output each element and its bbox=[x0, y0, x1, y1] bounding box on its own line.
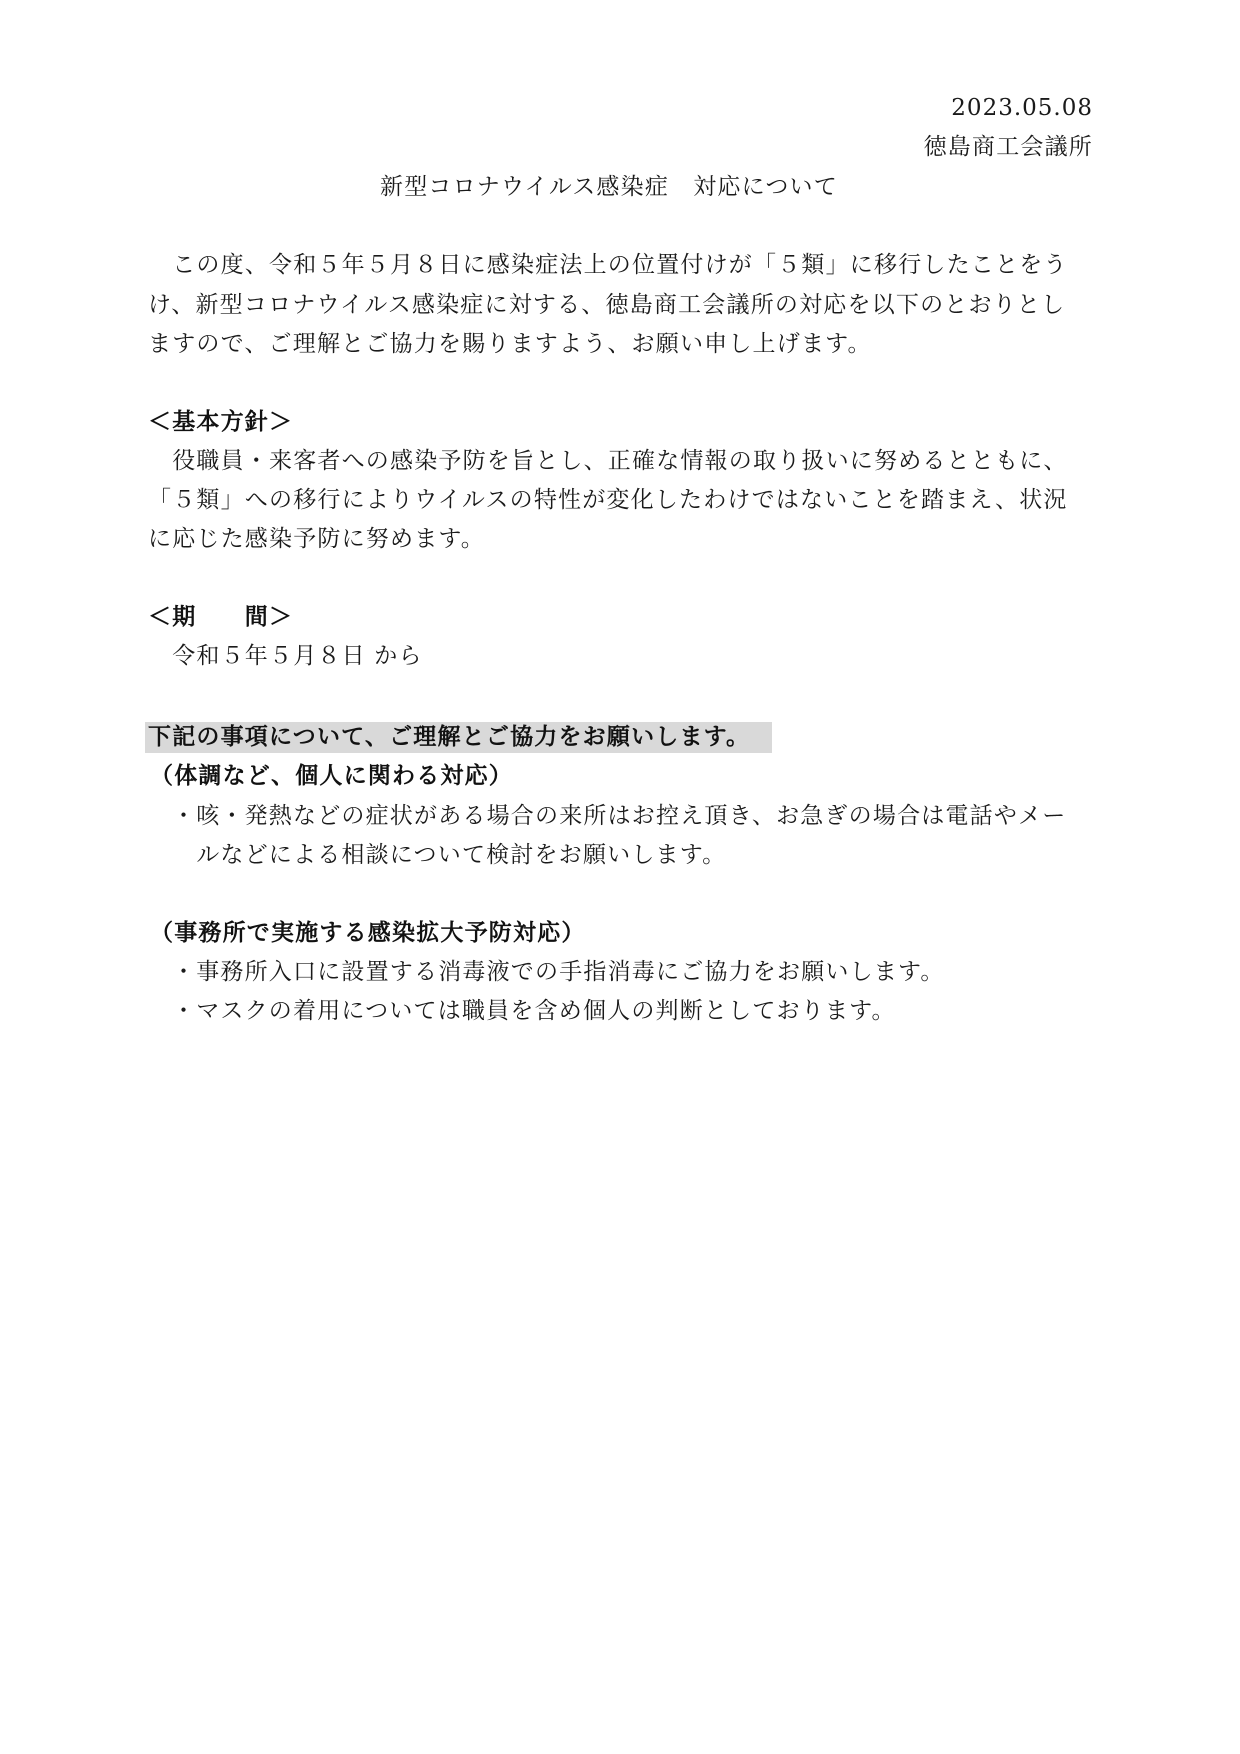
personal-response-heading: （体調など、個人に関わる対応） bbox=[150, 761, 513, 791]
document-title: 新型コロナウイルス感染症 対応について bbox=[380, 172, 838, 202]
basic-policy-line: 役職員・来客者への感染予防を旨とし、正確な情報の取り扱いに努めるとともに、 bbox=[148, 446, 1068, 476]
office-response-item: ・事務所入口に設置する消毒液での手指消毒にご協力をお願いします。 bbox=[172, 957, 945, 987]
period-value: 令和５年５月８日 から bbox=[148, 641, 423, 671]
intro-line: この度、令和５年５月８日に感染症法上の位置付けが「５類」に移行したことをう bbox=[148, 250, 1068, 280]
intro-line: け、新型コロナウイルス感染症に対する、徳島商工会議所の対応を以下のとおりとし bbox=[148, 290, 1065, 320]
personal-response-item: ・咳・発熱などの症状がある場合の来所はお控え頂き、お急ぎの場合は電話やメー bbox=[172, 801, 1066, 831]
issuing-organization: 徳島商工会議所 bbox=[924, 132, 1093, 162]
request-heading: 下記の事項について、ご理解とご協力をお願いします。 bbox=[148, 722, 750, 752]
document-page: 2023.05.08 徳島商工会議所 新型コロナウイルス感染症 対応について こ… bbox=[0, 0, 1240, 1754]
period-heading: ＜期 間＞ bbox=[148, 602, 293, 632]
document-date: 2023.05.08 bbox=[951, 93, 1093, 123]
office-response-item: ・マスクの着用については職員を含め個人の判断としております。 bbox=[172, 996, 896, 1026]
basic-policy-line: 「５類」への移行によりウイルスの特性が変化したわけではないことを踏まえ、状況 bbox=[148, 485, 1068, 515]
office-response-heading: （事務所で実施する感染拡大予防対応） bbox=[150, 918, 586, 948]
basic-policy-heading: ＜基本方針＞ bbox=[148, 407, 293, 437]
intro-line: ますので、ご理解とご協力を賜りますよう、お願い申し上げます。 bbox=[148, 329, 872, 359]
personal-response-item: ルなどによる相談について検討をお願いします。 bbox=[172, 840, 726, 870]
basic-policy-line: に応じた感染予防に努めます。 bbox=[148, 524, 485, 554]
